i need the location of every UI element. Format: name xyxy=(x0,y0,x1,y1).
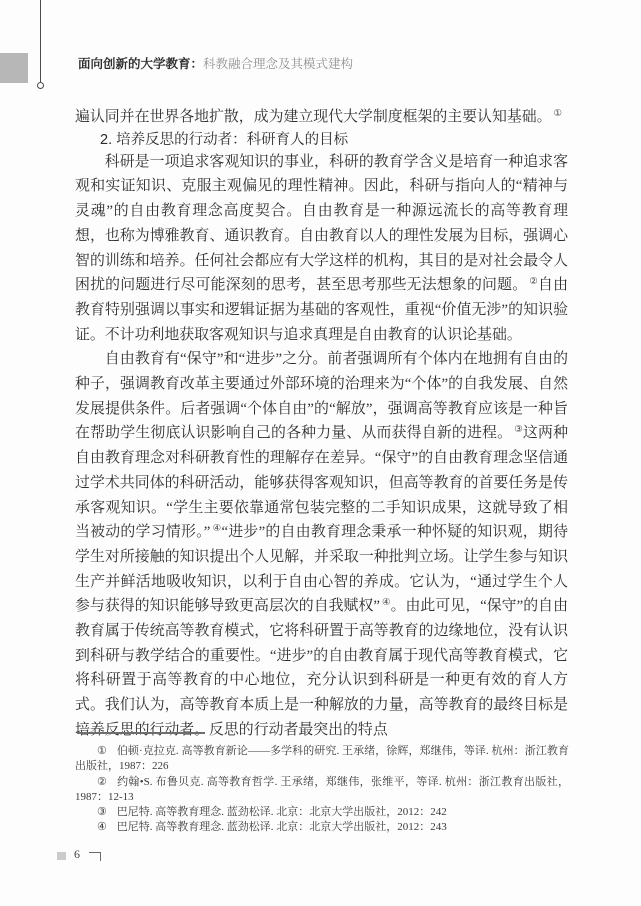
book-page: 面向创新的大学教育：科教融合理念及其模式建构 遍认同并在世界各地扩散，成为建立现… xyxy=(0,0,641,906)
paragraph-text: 。由此可见，“保守”的自由教育属于传统高等教育模式，它将科研置于高等教育的边缘地… xyxy=(75,598,568,738)
footnote-ref-2: ② xyxy=(527,277,538,287)
footnote-text: 巴尼特. 高等教育理念. 蓝劲松译. 北京：北京大学出版社，2012：242 xyxy=(117,806,447,818)
folio-bracket-decoration xyxy=(89,852,101,861)
footnote-marker: ④ xyxy=(97,821,117,833)
running-head: 面向创新的大学教育：科教融合理念及其模式建构 xyxy=(78,56,353,72)
paragraph-1: 科研是一项追求客观知识的事业，科研的教育学含义是培育一种追求客观和实证知识、克服… xyxy=(75,150,568,348)
footnote-ref-1: ① xyxy=(552,109,563,119)
footnote-1: ①伯顿·克拉克. 高等教育新论——多学科的研究. 王承绪，徐辉，郑继伟，等译. … xyxy=(75,744,569,775)
paragraph-text: 科研是一项追求客观知识的事业，科研的教育学含义是培育一种追求客观和实证知识、克服… xyxy=(75,154,568,294)
footnote-4: ④巴尼特. 高等教育理念. 蓝劲松译. 北京：北京大学出版社，2012：243 xyxy=(75,820,569,835)
paragraph-text: 自由教育有“保守”和“进步”之分。前者强调所有个体内在地拥有自由的种子，强调教育… xyxy=(75,351,568,441)
footnote-3: ③巴尼特. 高等教育理念. 蓝劲松译. 北京：北京大学出版社，2012：242 xyxy=(75,805,569,820)
footnote-marker: ③ xyxy=(97,806,117,818)
footnote-ref-4a: ④ xyxy=(210,524,221,534)
book-title: 面向创新的大学教育： xyxy=(78,57,203,71)
page-number: 6 xyxy=(74,847,80,862)
footnote-text: 巴尼特. 高等教育理念. 蓝劲松译. 北京：北京大学出版社，2012：243 xyxy=(117,821,447,833)
margin-rule-circle-icon xyxy=(37,82,44,89)
footnote-marker: ① xyxy=(97,745,117,757)
continuation-paragraph: 遍认同并在世界各地扩散，成为建立现代大学制度框架的主要认知基础。① xyxy=(75,105,568,130)
margin-square-decoration xyxy=(0,53,28,83)
paragraph-2: 自由教育有“保守”和“进步”之分。前者强调所有个体内在地拥有自由的种子，强调教育… xyxy=(75,347,568,742)
footnotes: ①伯顿·克拉克. 高等教育新论——多学科的研究. 王承绪，徐辉，郑继伟，等译. … xyxy=(75,744,569,836)
footnote-ref-3: ③ xyxy=(512,425,523,435)
footnote-text: 约翰•S. 布鲁贝克. 高等教育哲学. 王承绪，郑继伟，张维平，等译. 杭州：浙… xyxy=(75,776,569,803)
folio-square-decoration xyxy=(57,852,66,860)
footnote-2: ②约翰•S. 布鲁贝克. 高等教育哲学. 王承绪，郑继伟，张维平，等译. 杭州：… xyxy=(75,775,569,806)
footnote-marker: ② xyxy=(97,776,117,788)
body-text: 遍认同并在世界各地扩散，成为建立现代大学制度框架的主要认知基础。① 2. 培养反… xyxy=(75,105,568,743)
footnote-text: 伯顿·克拉克. 高等教育新论——多学科的研究. 王承绪，徐辉，郑继伟，等译. 杭… xyxy=(75,745,569,772)
margin-rule-line xyxy=(40,0,41,82)
footnote-ref-4b: ④ xyxy=(380,598,391,608)
footnote-divider xyxy=(77,732,205,734)
section-heading: 2. 培养反思的行动者：科研育人的目标 xyxy=(75,130,568,150)
book-subtitle: 科教融合理念及其模式建构 xyxy=(203,57,353,71)
paragraph-text: 遍认同并在世界各地扩散，成为建立现代大学制度框架的主要认知基础。 xyxy=(75,109,552,125)
